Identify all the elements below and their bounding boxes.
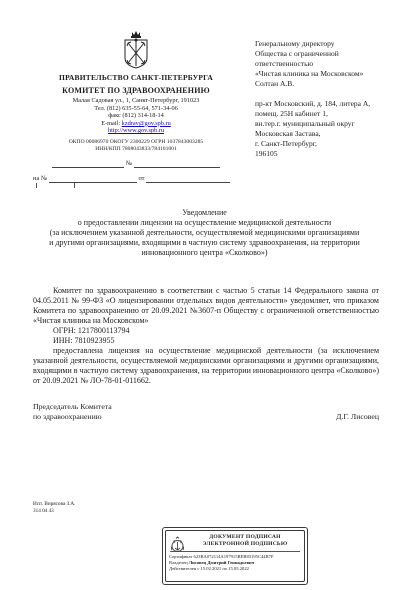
body-paragraph-2: предоставлена лицензия на осуществление … bbox=[33, 346, 379, 386]
codes-line-1: ОКПО 00086970 ОКОГУ 2300229 ОГРН 1037843… bbox=[30, 139, 242, 146]
addressee-line: ответственностью bbox=[255, 59, 403, 69]
title-line: и другими организациями, входящими в час… bbox=[22, 238, 387, 248]
signer-position: Председатель Комитета по здравоохранению bbox=[33, 402, 112, 422]
stamp-validity-line: Действителен с 15.02.2021 по 15.05.2022 bbox=[169, 566, 301, 572]
addressee-line: 196105 bbox=[255, 149, 403, 159]
website-line: http://www.gov.spb.ru bbox=[30, 127, 242, 135]
ref-date-blank-field bbox=[146, 175, 230, 183]
government-title: ПРАВИТЕЛЬСТВО САНКТ-ПЕТЕРБУРГА bbox=[30, 73, 242, 83]
spb-coat-of-arms-icon bbox=[121, 30, 151, 70]
addressee-line: помещ. 25Н кабинет 1, bbox=[255, 109, 403, 119]
document-page: ПРАВИТЕЛЬСТВО САНКТ-ПЕТЕРБУРГА КОМИТЕТ П… bbox=[0, 0, 409, 590]
addressee-block: Генеральному директору Общества с ограни… bbox=[255, 39, 403, 159]
addressee-line: «Чистая клиника на Московском» bbox=[255, 69, 403, 79]
stamp-title-line: ЭЛЕКТРОННОЙ ПОДПИСЬЮ bbox=[189, 541, 301, 548]
owner-value: Лисовец Дмитрий Геннадьевич bbox=[189, 560, 255, 565]
website-link[interactable]: http://www.gov.spb.ru bbox=[108, 127, 164, 134]
sender-block: ПРАВИТЕЛЬСТВО САНКТ-ПЕТЕРБУРГА КОМИТЕТ П… bbox=[30, 30, 242, 189]
signer-position-line: Председатель Комитета bbox=[33, 402, 112, 412]
registry-codes: ОКПО 00086970 ОКОГУ 2300229 ОГРН 1037843… bbox=[30, 139, 242, 153]
addressee-line: Генеральному директору bbox=[255, 39, 403, 49]
email-label: E-mail: bbox=[101, 120, 121, 127]
title-line: (за исключением указанной деятельности, … bbox=[22, 228, 387, 238]
postal-address: Малая Садовая ул., 1, Санкт-Петербург, 1… bbox=[30, 97, 242, 105]
document-title: Уведомление о предоставлении лицензии на… bbox=[22, 208, 387, 258]
stamp-separator bbox=[170, 551, 300, 552]
certificate-value: 623BA072114A197915BEB83195C44B7F bbox=[194, 554, 274, 559]
executor-phone: 314 04 43 bbox=[33, 508, 75, 515]
number-blank-field bbox=[134, 160, 220, 168]
outgoing-number-line: № bbox=[30, 160, 242, 168]
date-tick-marks bbox=[30, 183, 242, 189]
addressee-line: вн.тер.г. муниципальный округ bbox=[255, 119, 403, 129]
incoming-ref-line: на № от bbox=[30, 175, 242, 183]
ogrn-line: ОГРН: 1217800113794 bbox=[33, 326, 379, 336]
executor-block: Исп. Вирясова З.А. 314 04 43 bbox=[33, 501, 75, 515]
owner-label: Владелец bbox=[169, 560, 189, 565]
ref-number-blank-field bbox=[49, 175, 137, 183]
email-line: E-mail: kzdrav@gov.spb.ru bbox=[30, 120, 242, 128]
addressee-line: Солтан А.В. bbox=[255, 79, 403, 89]
committee-title: КОМИТЕТ ПО ЗДРАВООХРАНЕНИЮ bbox=[30, 85, 242, 97]
eagle-emblem-icon bbox=[169, 536, 186, 556]
addressee-line bbox=[255, 89, 403, 99]
title-line: инновационного центра «Сколково») bbox=[22, 248, 387, 258]
stamp-title-line: ДОКУМЕНТ ПОДПИСАН bbox=[189, 534, 301, 541]
body-text: Комитет по здравоохранению в соответстви… bbox=[33, 286, 379, 386]
number-sign: № bbox=[126, 160, 132, 167]
title-line: Уведомление bbox=[22, 208, 387, 218]
executor-name: Исп. Вирясова З.А. bbox=[33, 501, 75, 508]
addressee-line: пр-кт Московский, д. 184, литера А, bbox=[255, 99, 403, 109]
fax-line: факс (812) 314-18-14 bbox=[30, 112, 242, 120]
date-blank-field bbox=[52, 160, 124, 168]
inn-line: ИНН: 7810923955 bbox=[33, 336, 379, 346]
email-link[interactable]: kzdrav@gov.spb.ru bbox=[122, 120, 171, 127]
body-paragraph-1: Комитет по здравоохранению в соответстви… bbox=[33, 286, 379, 326]
stamp-title: ДОКУМЕНТ ПОДПИСАН ЭЛЕКТРОННОЙ ПОДПИСЬЮ bbox=[189, 534, 301, 548]
electronic-signature-stamp: ДОКУМЕНТ ПОДПИСАН ЭЛЕКТРОННОЙ ПОДПИСЬЮ С… bbox=[162, 527, 308, 585]
codes-line-2: ИНН/КПП 7808043833/784101001 bbox=[30, 146, 242, 153]
ref-prefix: на № bbox=[33, 175, 47, 182]
title-line: о предоставлении лицензии на осуществлен… bbox=[22, 218, 387, 228]
tick-mark-right bbox=[74, 183, 75, 188]
addressee-line: Московская Застава, bbox=[255, 129, 403, 139]
addressee-line: г. Санкт-Петербург, bbox=[255, 139, 403, 149]
addressee-line: Общества с ограниченной bbox=[255, 49, 403, 59]
tick-mark-left bbox=[36, 183, 37, 188]
signer-position-line: по здравоохранению bbox=[33, 412, 112, 422]
phone-line: Тел. (812) 635-55-64, 571-34-06 bbox=[30, 105, 242, 113]
stamp-inner-frame: ДОКУМЕНТ ПОДПИСАН ЭЛЕКТРОННОЙ ПОДПИСЬЮ С… bbox=[165, 530, 305, 582]
signature-block: Председатель Комитета по здравоохранению… bbox=[33, 402, 379, 422]
signer-name: Д.Г. Лисовец bbox=[336, 412, 379, 422]
ref-from-label: от bbox=[138, 175, 144, 182]
